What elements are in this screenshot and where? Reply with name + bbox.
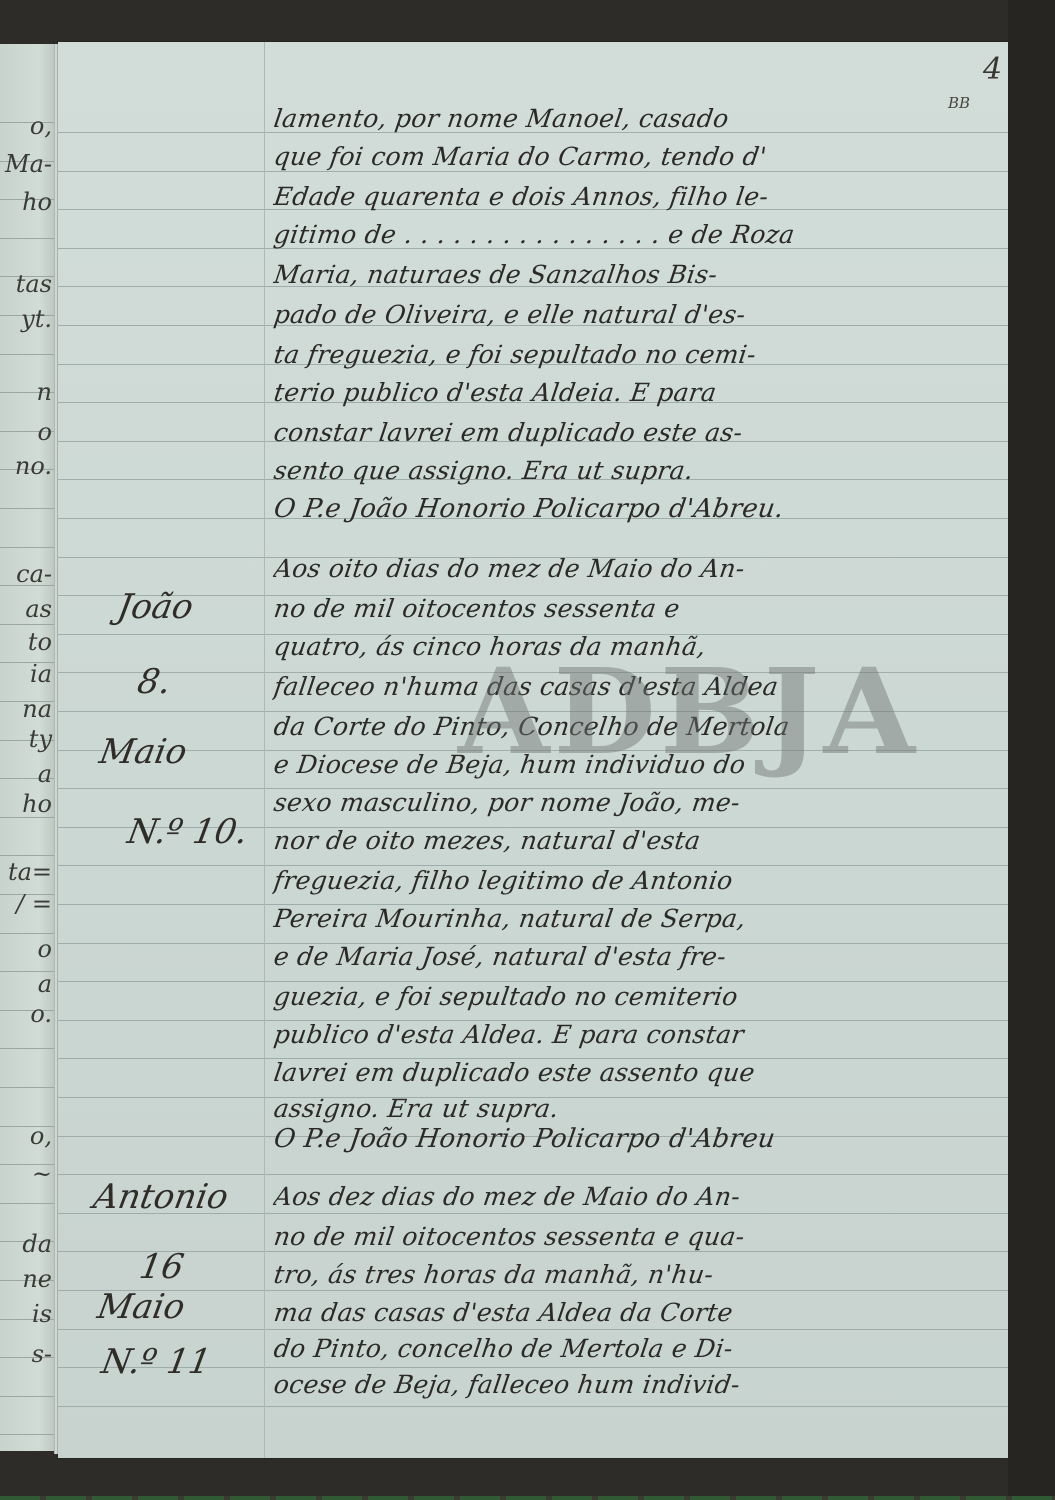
text-line: lavrei em duplicado este assento que xyxy=(272,1058,994,1087)
text-line: quatro, ás cinco horas da manhã, xyxy=(272,632,994,661)
text-line: terio publico d'esta Aldeia. E para xyxy=(272,378,994,407)
text-line: ta freguezia, e foi sepultado no cemi- xyxy=(272,340,994,369)
text-line: freguezia, filho legitimo de Antonio xyxy=(272,866,994,895)
margin-rule xyxy=(264,42,265,1458)
text-line: no de mil oitocentos sessenta e qua- xyxy=(272,1222,994,1251)
ruled-line xyxy=(0,1203,56,1204)
ruled-line xyxy=(0,354,56,355)
text-line: Pereira Mourinha, natural de Serpa, xyxy=(272,904,994,933)
text-line: guezia, e foi sepultado no cemiterio xyxy=(272,982,994,1011)
page-number: 4 xyxy=(983,52,1002,87)
text-line: Maria, naturaes de Sanzalhos Bis- xyxy=(272,260,994,289)
ruled-line xyxy=(0,1434,56,1435)
text-line: Aos oito dias do mez de Maio do An- xyxy=(272,554,994,583)
text-line: publico d'esta Aldea. E para constar xyxy=(272,1020,994,1049)
previous-page-text-fragment: to xyxy=(28,628,52,656)
previous-page-text-fragment: na xyxy=(22,695,52,723)
margin-month: Maio xyxy=(94,1287,187,1327)
ruled-line xyxy=(0,1396,56,1397)
margin-month: Maio xyxy=(96,732,189,772)
color-calibration-strip xyxy=(0,1496,1055,1500)
previous-page-text-fragment: ca- xyxy=(16,560,52,588)
text-line: lamento, por nome Manoel, casado xyxy=(272,104,994,133)
ruled-line xyxy=(58,1251,1008,1252)
previous-page-text-fragment: no. xyxy=(15,452,52,480)
text-line: sento que assigno. Era ut supra. xyxy=(272,456,994,485)
manuscript-page: 4 BB lamento, por nome Manoel, casado qu… xyxy=(58,42,1008,1458)
text-line: tro, ás tres horas da manhã, n'hu- xyxy=(272,1260,994,1289)
ruled-line xyxy=(58,1329,1008,1330)
ruled-line xyxy=(58,1174,1008,1175)
text-line: assigno. Era ut supra. xyxy=(272,1094,994,1123)
previous-page-text-fragment: o xyxy=(38,935,52,963)
previous-page-text-fragment: is xyxy=(32,1300,52,1328)
previous-page-text-fragment: ne xyxy=(22,1265,52,1293)
text-line: da Corte do Pinto, Concelho de Mertola xyxy=(272,712,994,741)
previous-page-text-fragment: da xyxy=(22,1230,52,1258)
ruled-line xyxy=(0,855,56,856)
text-line: e de Maria José, natural d'esta fre- xyxy=(272,942,994,971)
previous-page-text-fragment: ~ xyxy=(32,1160,52,1188)
ruled-line xyxy=(58,1290,1008,1291)
text-line: pado de Oliveira, e elle natural d'es- xyxy=(272,300,994,329)
previous-page-text-fragment: Ma- xyxy=(5,150,52,178)
text-line: Edade quarenta e dois Annos, filho le- xyxy=(272,182,994,211)
previous-page-text-fragment: tas xyxy=(16,270,52,298)
text-line: que foi com Maria do Carmo, tendo d' xyxy=(272,142,994,171)
text-line: no de mil oitocentos sessenta e xyxy=(272,594,994,623)
previous-page-text-fragment: yt. xyxy=(21,305,52,333)
previous-page-text-fragment: s- xyxy=(32,1340,52,1368)
text-line: gitimo de . . . . . . . . . . . . . . . … xyxy=(272,220,994,249)
margin-day: 16 xyxy=(136,1247,186,1287)
text-line: constar lavrei em duplicado este as- xyxy=(272,418,994,447)
ruled-line xyxy=(58,1406,1008,1407)
text-line: nor de oito mezes, natural d'esta xyxy=(272,826,994,855)
text-line: falleceo n'huma das casas d'esta Aldea xyxy=(272,672,994,701)
previous-page-text-fragment: o, xyxy=(30,1122,52,1150)
text-line: ma das casas d'esta Aldea da Corte xyxy=(272,1298,994,1327)
previous-page-text-fragment: ty xyxy=(29,725,52,753)
previous-page-text-fragment: ta= xyxy=(8,858,52,886)
margin-number: N.º 11 xyxy=(98,1342,214,1382)
previous-page-text-fragment: a xyxy=(38,760,52,788)
text-line: e Diocese de Beja, hum individuo do xyxy=(272,750,994,779)
ruled-line xyxy=(0,547,56,548)
previous-page-text-fragment: o. xyxy=(30,1000,52,1028)
previous-page-text-fragment: a xyxy=(38,970,52,998)
previous-page-text-fragment: o xyxy=(38,418,52,446)
ruled-line xyxy=(58,171,1008,172)
previous-page-text-fragment: ho xyxy=(22,188,52,216)
text-line: ocese de Beja, falleceo hum individ- xyxy=(272,1370,994,1399)
text-line: sexo masculino, por nome João, me- xyxy=(272,788,994,817)
text-line: Aos dez dias do mez de Maio do An- xyxy=(272,1182,994,1211)
margin-name: Antonio xyxy=(90,1177,231,1217)
previous-page-fragment: o,Ma-hotasyt.nono.ca-astoianatyahota=/ =… xyxy=(0,44,56,1451)
ruled-line xyxy=(0,624,56,625)
margin-number: N.º 10. xyxy=(124,812,250,852)
ruled-line xyxy=(0,1048,56,1049)
margin-day: 8. xyxy=(134,662,174,702)
ruled-line xyxy=(0,238,56,239)
ruled-line xyxy=(0,508,56,509)
priest-signature: O P.e João Honorio Policarpo d'Abreu. xyxy=(272,494,994,524)
ruled-line xyxy=(0,933,56,934)
ruled-line xyxy=(0,1087,56,1088)
margin-name: João xyxy=(114,587,196,627)
previous-page-text-fragment: n xyxy=(37,378,52,406)
previous-page-text-fragment: ho xyxy=(22,790,52,818)
priest-signature: O P.e João Honorio Policarpo d'Abreu xyxy=(272,1124,994,1154)
scan-border-right xyxy=(1008,0,1055,1500)
previous-page-text-fragment: / = xyxy=(16,890,52,918)
previous-page-text-fragment: as xyxy=(25,595,52,623)
previous-page-text-fragment: o, xyxy=(30,112,52,140)
previous-page-text-fragment: ia xyxy=(30,660,52,688)
text-line: do Pinto, concelho de Mertola e Di- xyxy=(272,1334,994,1363)
